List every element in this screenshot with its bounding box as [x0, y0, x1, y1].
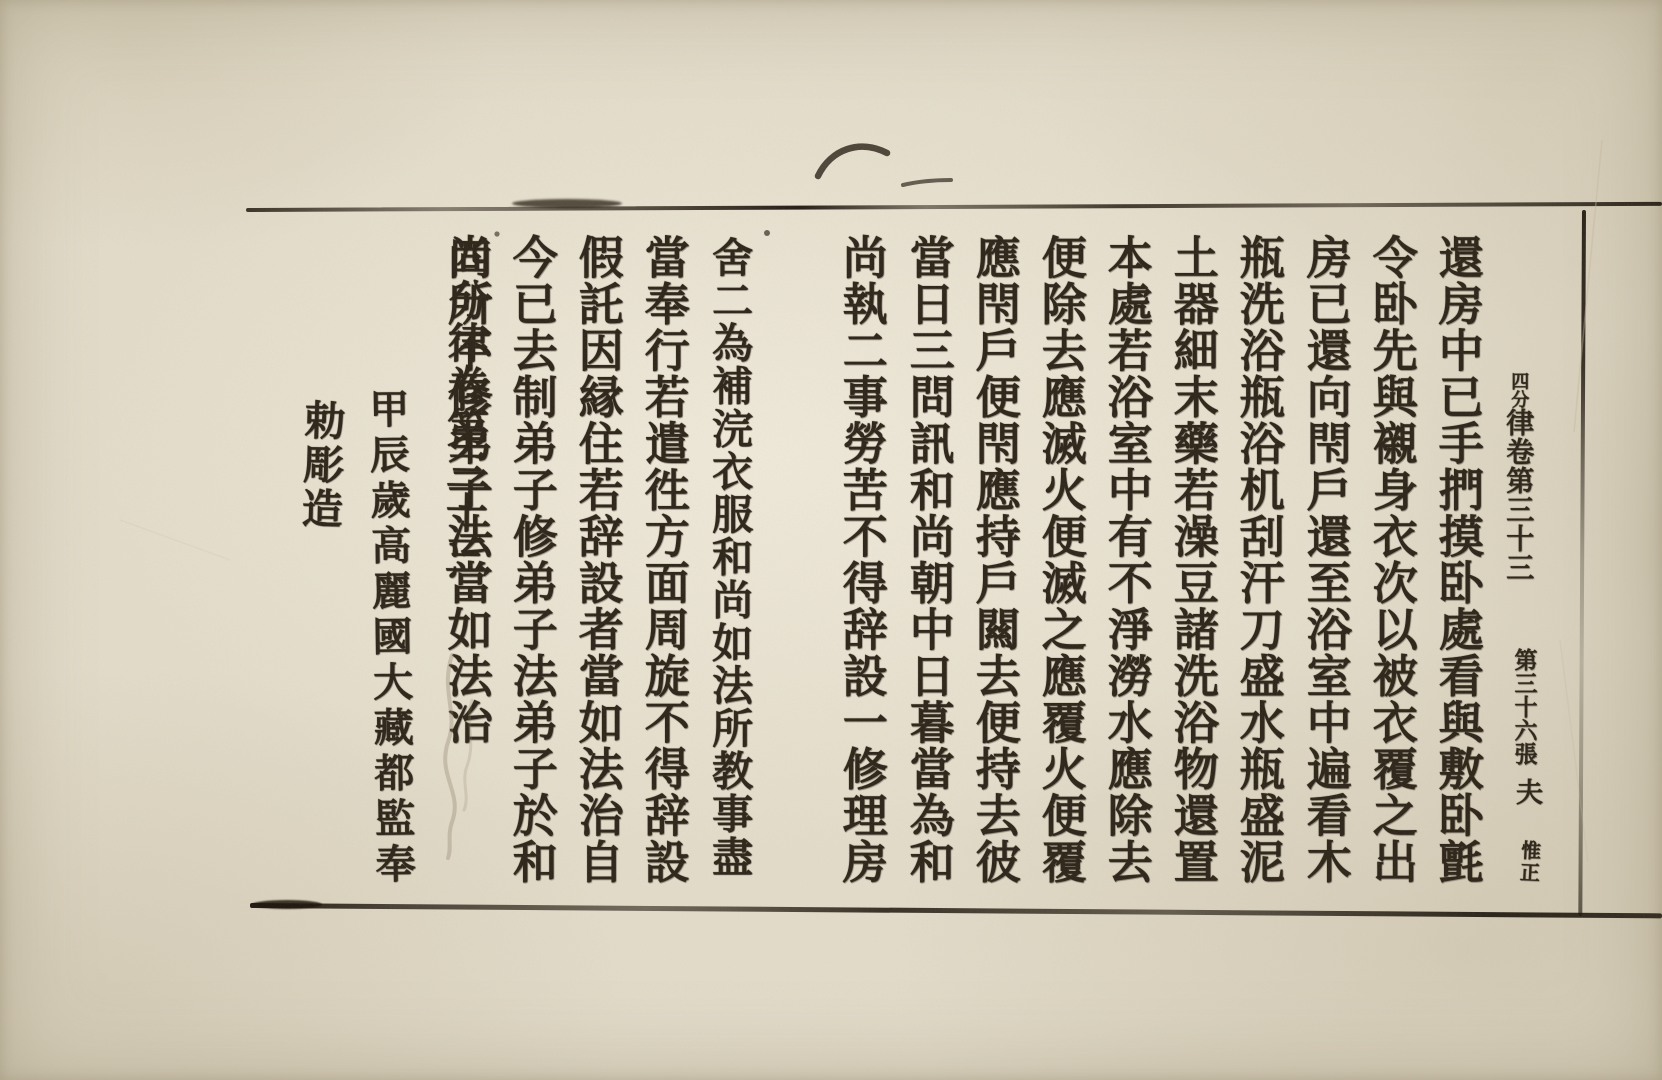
margin-volume-mark: 夫: [1511, 778, 1542, 805]
end-title-column: 四分律卷第三十三: [439, 236, 492, 577]
margin-title-rest: 律卷第三十三: [1502, 408, 1535, 582]
text-column: 令卧先與襯身衣次以被衣覆之出: [1365, 234, 1417, 885]
text-column: 本處若浴室中有不淨澇水應除去: [1100, 234, 1152, 885]
scanned-page: 還房中已手捫摸卧處看與敷卧氈 令卧先與襯身衣次以被衣覆之出 房已還向閇戶還至浴室…: [0, 0, 1662, 1080]
frame-bottom-border: [250, 903, 1662, 918]
colophon-line-1: 甲辰歲高麗國大藏都監奉: [363, 388, 416, 889]
text-column: 便除去應滅火便滅之應覆火便覆: [1034, 234, 1086, 885]
text-column: 今已去制弟子修弟子法弟子於和: [505, 234, 557, 885]
text-column: 土器細末藥若澡豆諸洗浴物還置: [1166, 234, 1218, 885]
margin-title-abbrev: 四分: [1508, 372, 1529, 408]
margin-title-column: 四分律卷第三十三: [1502, 372, 1534, 582]
text-column: 應閇戶便閇應持戶闗去便持去彼: [968, 234, 1020, 885]
ink-speck: [764, 230, 770, 236]
ink-speck: [494, 231, 499, 236]
frame-top-border: [246, 202, 1662, 212]
ink-smudge-crescent: [818, 147, 887, 176]
margin-carver-name: 惟正: [1516, 839, 1541, 884]
text-column: 當日三問訊和尚朝中日暮當為和: [902, 234, 954, 885]
text-column: 瓶洗浴瓶浴机刮汗刀盛水瓶盛泥: [1232, 234, 1284, 885]
paper-crease: [1560, 640, 1588, 862]
text-column: 房已還向閇戶還至浴室中遍看木: [1299, 234, 1351, 885]
frame-top-border-smudge: [512, 199, 622, 208]
frame-right-border: [1578, 210, 1586, 916]
paper-crease: [1574, 140, 1602, 432]
frame-bottom-border-smudge: [252, 900, 322, 909]
text-column: 還房中已手捫摸卧處看與敷卧氈: [1431, 234, 1483, 885]
ink-smudge-dash: [903, 180, 951, 185]
paper-crease: [120, 520, 230, 560]
text-column: 假託因縁住若辞設者當如法治自: [571, 234, 623, 885]
colophon-line-2: 勅彫造: [294, 398, 345, 531]
text-column: 當奉行若遣徃方面周旋不得辞設: [637, 234, 689, 885]
margin-sheet-number: 第三十六張: [1510, 648, 1536, 766]
text-column: 尚執二事勞苦不得辞設一修理房: [835, 234, 887, 885]
text-column: 舍二為補浣衣服和尚如法所教事盡: [705, 236, 752, 878]
